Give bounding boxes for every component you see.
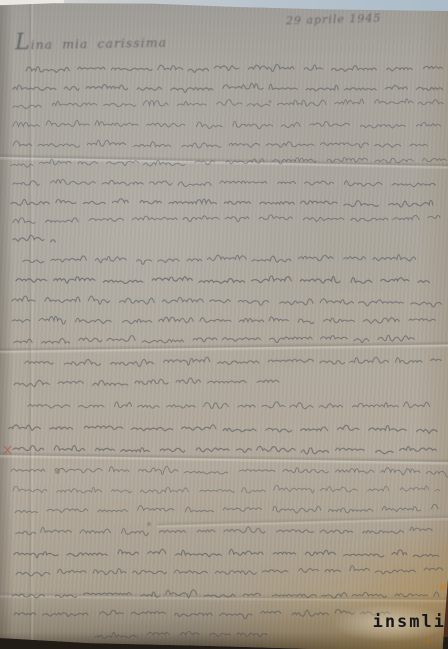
handwriting-line <box>23 254 416 265</box>
handwriting-line <box>13 140 427 149</box>
handwriting-line <box>16 565 443 577</box>
photo-of-handwritten-letter: 29 aprile 1945 Lina mia carissima insmli <box>0 0 448 649</box>
handwriting-line <box>14 334 414 345</box>
archive-watermark-insmli: insmli <box>373 612 446 632</box>
handwriting-line <box>13 83 443 92</box>
handwriting-line <box>13 484 440 494</box>
handwriting-line <box>12 295 442 307</box>
handwriting-line <box>13 213 440 224</box>
handwriting-line <box>13 445 436 454</box>
handwriting-line <box>13 120 441 129</box>
red-pencil-margin-mark <box>4 446 11 454</box>
handwriting-line <box>14 548 439 559</box>
handwriting-body-lines <box>0 0 448 649</box>
handwriting-line <box>11 198 433 207</box>
handwriting-line <box>13 235 55 242</box>
handwriting-line <box>13 98 443 109</box>
handwriting-line <box>14 377 279 387</box>
letter-paper-sheet: 29 aprile 1945 Lina mia carissima insmli <box>0 0 448 649</box>
handwriting-line <box>95 631 267 639</box>
handwriting-line <box>25 355 441 367</box>
handwriting-line <box>11 155 447 167</box>
handwriting-line <box>16 526 432 537</box>
handwriting-line <box>12 589 439 599</box>
handwriting-line <box>26 64 443 73</box>
handwriting-line <box>28 401 430 409</box>
handwriting-line <box>13 179 436 187</box>
handwriting-line <box>9 423 437 434</box>
handwriting-line <box>16 276 429 284</box>
handwriting-line <box>15 504 438 515</box>
handwriting-line <box>11 465 448 477</box>
handwriting-line <box>12 316 435 324</box>
